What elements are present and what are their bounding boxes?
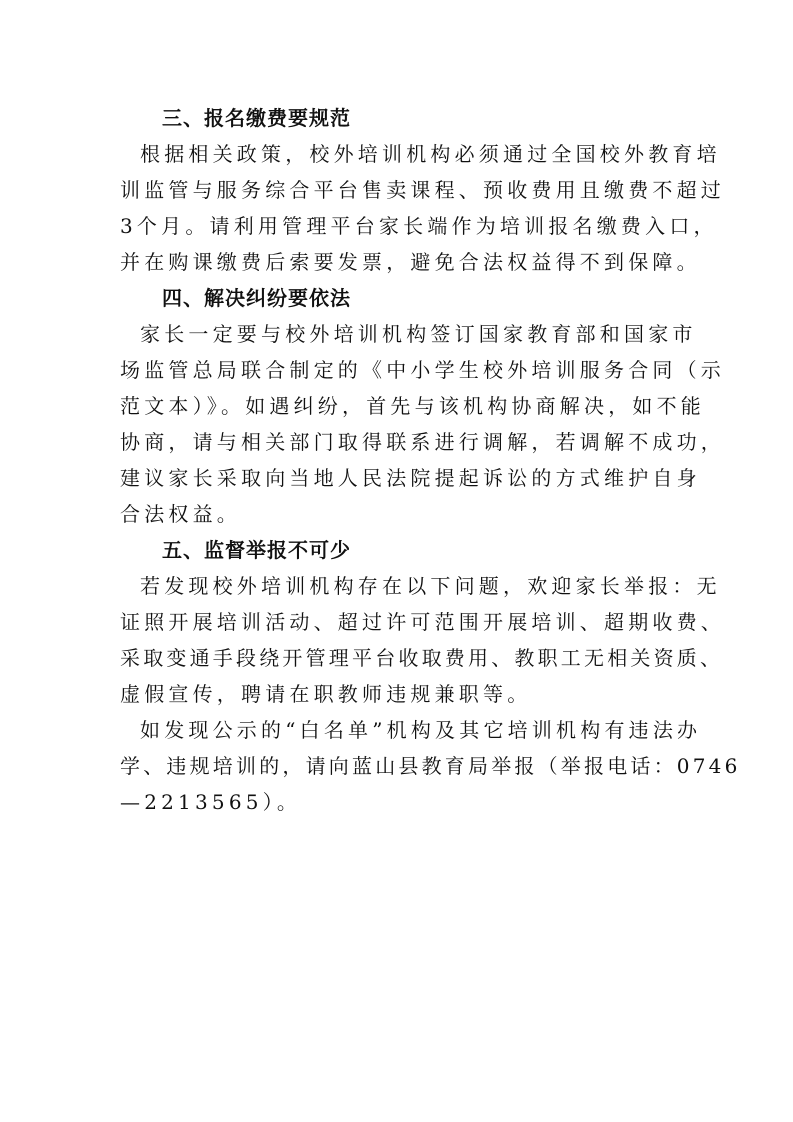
paragraph-line: 虚假宣传，聘请在职教师违规兼职等。: [120, 676, 676, 712]
paragraph-line: 范文本）》。如遇纠纷，首先与该机构协商解决，如不能: [120, 388, 676, 424]
paragraph-line: 合法权益。: [120, 496, 676, 532]
paragraph-line: 若发现校外培训机构存在以下问题，欢迎家长举报：无: [120, 568, 676, 604]
document-page: 三、报名缴费要规范 根据相关政策，校外培训机构必须通过全国校外教育培 训监管与服…: [120, 100, 676, 820]
section-heading-registration-fees: 三、报名缴费要规范: [120, 100, 676, 136]
section-heading-supervision-reporting: 五、监督举报不可少: [120, 532, 676, 568]
paragraph-line: 训监管与服务综合平台售卖课程、预收费用且缴费不超过: [120, 172, 676, 208]
report-paragraph-line: 如发现公示的“白名单”机构及其它培训机构有违法办: [120, 712, 676, 748]
section-heading-dispute-resolution: 四、解决纠纷要依法: [120, 280, 676, 316]
paragraph-line: 并在购课缴费后索要发票，避免合法权益得不到保障。: [120, 244, 676, 280]
report-phone-line: —2213565）。: [120, 784, 676, 820]
paragraph-line: 3个月。请利用管理平台家长端作为培训报名缴费入口，: [120, 208, 676, 244]
paragraph-line: 证照开展培训活动、超过许可范围开展培训、超期收费、: [120, 604, 676, 640]
report-paragraph-line: 学、违规培训的，请向蓝山县教育局举报（举报电话：0746: [120, 748, 676, 784]
paragraph-line: 采取变通手段绕开管理平台收取费用、教职工无相关资质、: [120, 640, 676, 676]
paragraph-line: 场监管总局联合制定的《中小学生校外培训服务合同（示: [120, 352, 676, 388]
paragraph-line: 建议家长采取向当地人民法院提起诉讼的方式维护自身: [120, 460, 676, 496]
paragraph-line: 协商，请与相关部门取得联系进行调解，若调解不成功，: [120, 424, 676, 460]
paragraph-line: 根据相关政策，校外培训机构必须通过全国校外教育培: [120, 136, 676, 172]
paragraph-line: 家长一定要与校外培训机构签订国家教育部和国家市: [120, 316, 676, 352]
